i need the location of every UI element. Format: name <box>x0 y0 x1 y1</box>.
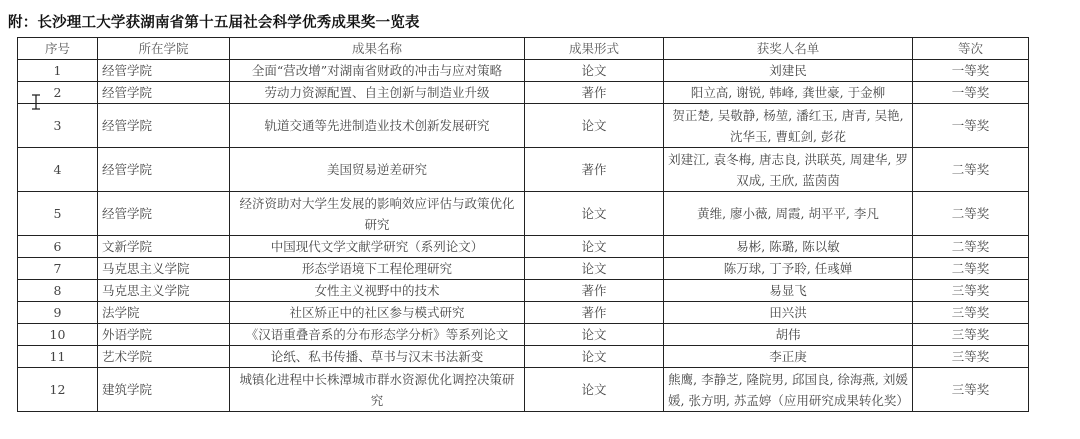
table-row: 11 艺术学院 论纸、私书传播、草书与汉末书法新变 论文 李正庚 三等奖 <box>18 346 1029 368</box>
cell-college: 法学院 <box>98 302 230 324</box>
cell-college: 经管学院 <box>98 192 230 236</box>
header-form: 成果形式 <box>525 38 664 60</box>
cell-no: 9 <box>18 302 98 324</box>
cell-form: 论文 <box>525 324 664 346</box>
cell-form: 论文 <box>525 104 664 148</box>
cell-form: 论文 <box>525 236 664 258</box>
cell-form: 论文 <box>525 192 664 236</box>
cell-winners: 刘建民 <box>664 60 913 82</box>
awards-table: 序号 所在学院 成果名称 成果形式 获奖人名单 等次 1 经管学院 全面“营改增… <box>17 37 1029 412</box>
cell-winners: 李正庚 <box>664 346 913 368</box>
cell-no: 6 <box>18 236 98 258</box>
cell-title: 论纸、私书传播、草书与汉末书法新变 <box>230 346 525 368</box>
cell-title: 美国贸易逆差研究 <box>230 148 525 192</box>
cell-form: 论文 <box>525 60 664 82</box>
cell-form: 著作 <box>525 82 664 104</box>
table-row: 2 经管学院 劳动力资源配置、自主创新与制造业升级 著作 阳立高, 谢锐, 韩峰… <box>18 82 1029 104</box>
cell-no: 7 <box>18 258 98 280</box>
cell-no: 3 <box>18 104 98 148</box>
cell-winners: 陈万球, 丁予聆, 任彧婵 <box>664 258 913 280</box>
header-title: 成果名称 <box>230 38 525 60</box>
cell-title: 社区矫正中的社区参与模式研究 <box>230 302 525 324</box>
cell-winners: 易显飞 <box>664 280 913 302</box>
table-row: 7 马克思主义学院 形态学语境下工程伦理研究 论文 陈万球, 丁予聆, 任彧婵 … <box>18 258 1029 280</box>
cell-winners: 易彬, 陈璐, 陈以敏 <box>664 236 913 258</box>
cell-title: 城镇化进程中长株潭城市群水资源优化调控决策研究 <box>230 368 525 412</box>
cell-grade: 二等奖 <box>913 258 1029 280</box>
cell-winners: 刘建江, 袁冬梅, 唐志良, 洪联英, 周建华, 罗双成, 王欣, 蓝茵茵 <box>664 148 913 192</box>
cell-form: 论文 <box>525 368 664 412</box>
cell-form: 著作 <box>525 148 664 192</box>
document-title: 附：长沙理工大学获湖南省第十五届社会科学优秀成果奖一览表 <box>8 11 420 32</box>
header-no: 序号 <box>18 38 98 60</box>
cell-winners: 胡伟 <box>664 324 913 346</box>
cell-title: 轨道交通等先进制造业技术创新发展研究 <box>230 104 525 148</box>
table-row: 5 经管学院 经济资助对大学生发展的影响效应评估与政策优化研究 论文 黄维, 廖… <box>18 192 1029 236</box>
cell-no: 4 <box>18 148 98 192</box>
cell-college: 经管学院 <box>98 82 230 104</box>
cell-college: 马克思主义学院 <box>98 258 230 280</box>
cell-college: 经管学院 <box>98 60 230 82</box>
cell-college: 马克思主义学院 <box>98 280 230 302</box>
cell-title: 女性主义视野中的技术 <box>230 280 525 302</box>
cell-no: 5 <box>18 192 98 236</box>
cell-title: 劳动力资源配置、自主创新与制造业升级 <box>230 82 525 104</box>
cell-no: 8 <box>18 280 98 302</box>
cell-form: 论文 <box>525 258 664 280</box>
cell-college: 文新学院 <box>98 236 230 258</box>
cell-winners: 黄维, 廖小薇, 周霞, 胡平平, 李凡 <box>664 192 913 236</box>
cell-no: 10 <box>18 324 98 346</box>
cell-college: 外语学院 <box>98 324 230 346</box>
cell-grade: 一等奖 <box>913 82 1029 104</box>
cell-college: 建筑学院 <box>98 368 230 412</box>
cell-title: 中国现代文学文献学研究（系列论文） <box>230 236 525 258</box>
cell-college: 经管学院 <box>98 148 230 192</box>
cell-grade: 三等奖 <box>913 346 1029 368</box>
cell-winners: 贺正楚, 吴敬静, 杨堃, 潘红玉, 唐青, 吴艳, 沈华玉, 曹虹剑, 彭花 <box>664 104 913 148</box>
cell-grade: 一等奖 <box>913 104 1029 148</box>
table-header-row: 序号 所在学院 成果名称 成果形式 获奖人名单 等次 <box>18 38 1029 60</box>
cell-winners: 熊鹰, 李静芝, 隆院男, 邱国良, 徐海燕, 刘媛媛, 张方明, 苏孟婷（应用… <box>664 368 913 412</box>
table-row: 4 经管学院 美国贸易逆差研究 著作 刘建江, 袁冬梅, 唐志良, 洪联英, 周… <box>18 148 1029 192</box>
cell-winners: 田兴洪 <box>664 302 913 324</box>
cell-form: 著作 <box>525 302 664 324</box>
cell-no: 2 <box>18 82 98 104</box>
cell-grade: 三等奖 <box>913 302 1029 324</box>
cell-grade: 三等奖 <box>913 324 1029 346</box>
cell-grade: 二等奖 <box>913 148 1029 192</box>
table-row: 6 文新学院 中国现代文学文献学研究（系列论文） 论文 易彬, 陈璐, 陈以敏 … <box>18 236 1029 258</box>
table-row: 10 外语学院 《汉语重叠音系的分布形态学分析》等系列论文 论文 胡伟 三等奖 <box>18 324 1029 346</box>
table-row: 8 马克思主义学院 女性主义视野中的技术 著作 易显飞 三等奖 <box>18 280 1029 302</box>
cell-title: 全面“营改增”对湖南省财政的冲击与应对策略 <box>230 60 525 82</box>
cell-form: 论文 <box>525 346 664 368</box>
cell-no: 11 <box>18 346 98 368</box>
cell-title: 经济资助对大学生发展的影响效应评估与政策优化研究 <box>230 192 525 236</box>
header-grade: 等次 <box>913 38 1029 60</box>
cell-no: 1 <box>18 60 98 82</box>
table-row: 9 法学院 社区矫正中的社区参与模式研究 著作 田兴洪 三等奖 <box>18 302 1029 324</box>
cell-title: 《汉语重叠音系的分布形态学分析》等系列论文 <box>230 324 525 346</box>
cell-title: 形态学语境下工程伦理研究 <box>230 258 525 280</box>
cell-grade: 一等奖 <box>913 60 1029 82</box>
text-cursor-icon <box>31 94 41 110</box>
cell-grade: 三等奖 <box>913 280 1029 302</box>
cell-winners: 阳立高, 谢锐, 韩峰, 龚世豪, 于金柳 <box>664 82 913 104</box>
table-row: 12 建筑学院 城镇化进程中长株潭城市群水资源优化调控决策研究 论文 熊鹰, 李… <box>18 368 1029 412</box>
table-row: 3 经管学院 轨道交通等先进制造业技术创新发展研究 论文 贺正楚, 吴敬静, 杨… <box>18 104 1029 148</box>
header-winners: 获奖人名单 <box>664 38 913 60</box>
header-college: 所在学院 <box>98 38 230 60</box>
cell-grade: 二等奖 <box>913 192 1029 236</box>
cell-no: 12 <box>18 368 98 412</box>
cell-form: 著作 <box>525 280 664 302</box>
cell-grade: 三等奖 <box>913 368 1029 412</box>
table-row: 1 经管学院 全面“营改增”对湖南省财政的冲击与应对策略 论文 刘建民 一等奖 <box>18 60 1029 82</box>
cell-college: 艺术学院 <box>98 346 230 368</box>
cell-college: 经管学院 <box>98 104 230 148</box>
cell-grade: 二等奖 <box>913 236 1029 258</box>
